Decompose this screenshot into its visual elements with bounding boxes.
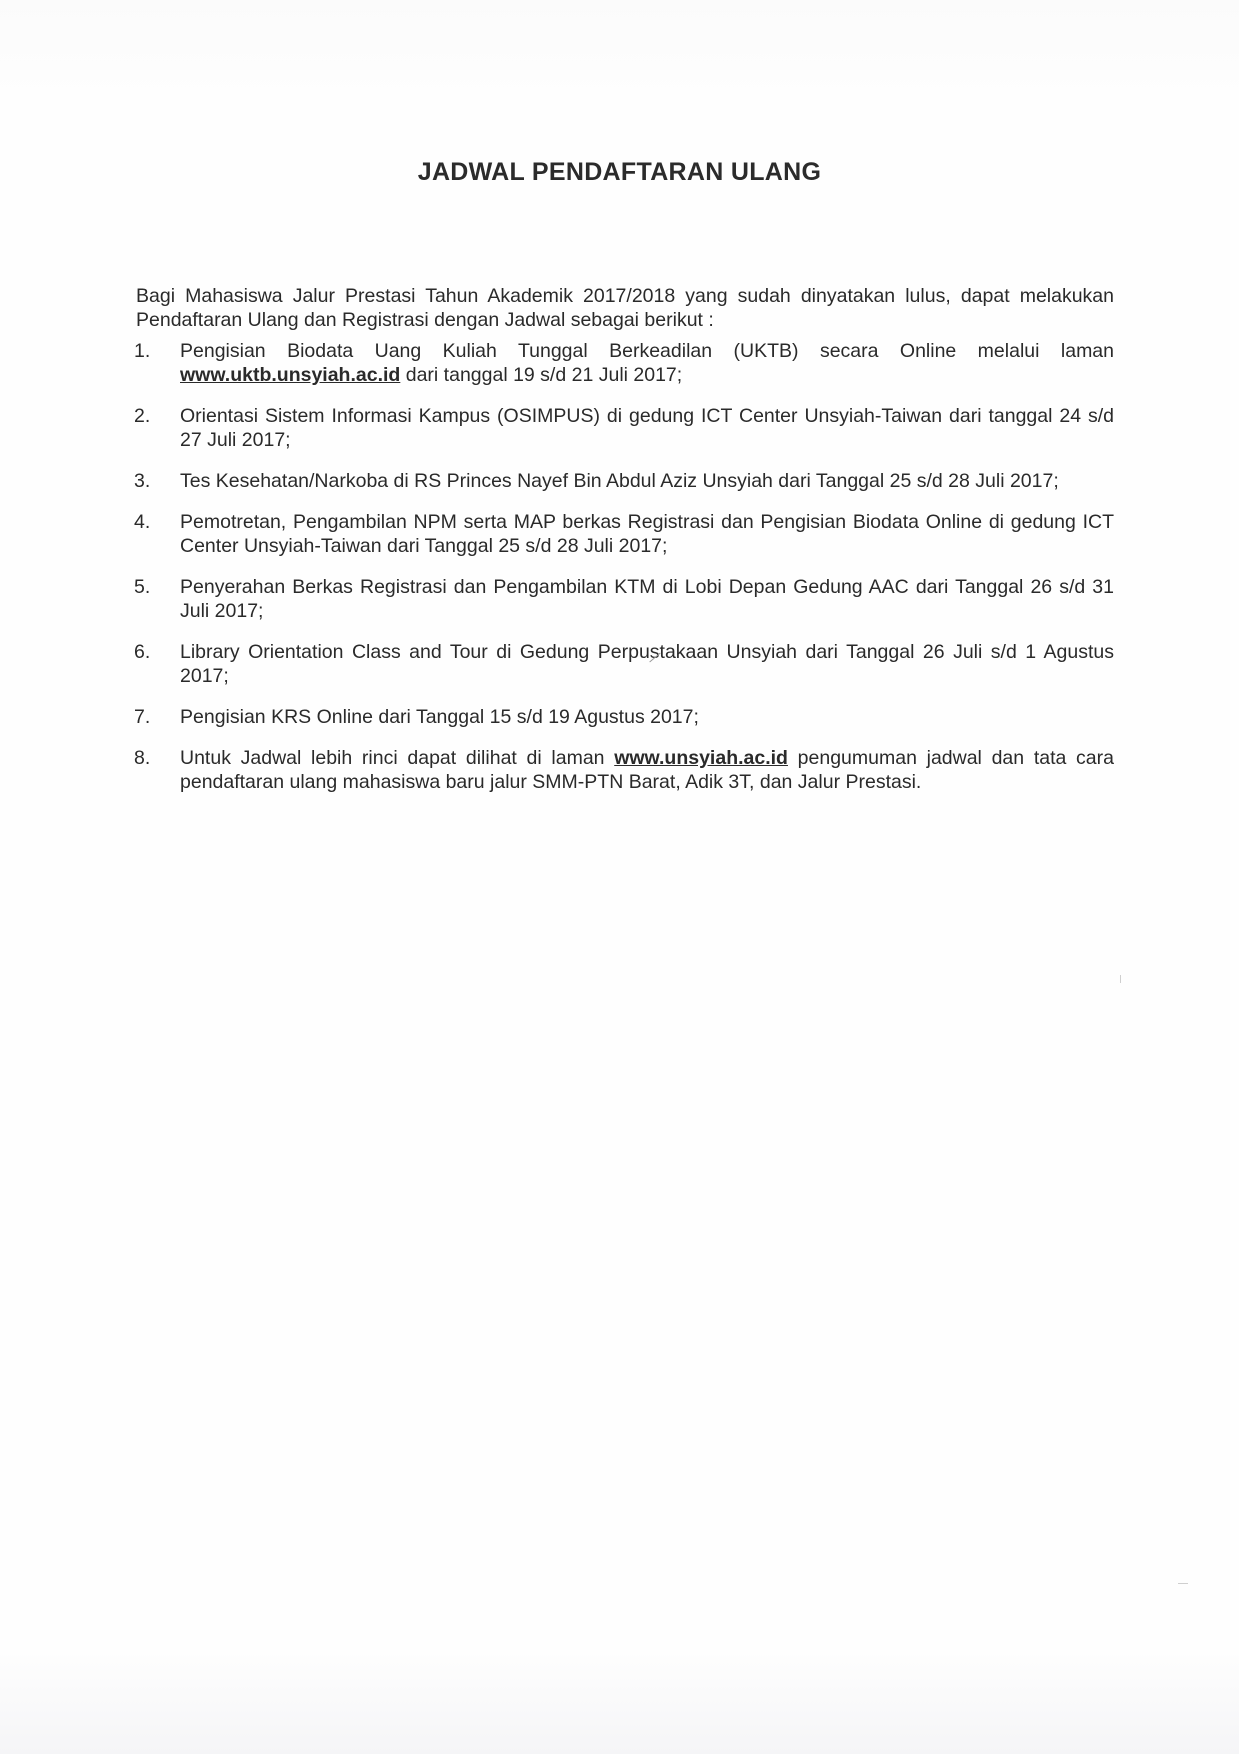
document-title: JADWAL PENDAFTARAN ULANG bbox=[0, 158, 1239, 187]
scan-speck bbox=[1120, 975, 1121, 983]
intro-paragraph: Bagi Mahasiswa Jalur Prestasi Tahun Akad… bbox=[136, 284, 1114, 332]
list-item: 1. Pengisian Biodata Uang Kuliah Tunggal… bbox=[134, 339, 1114, 387]
item-text: Library Orientation Class and Tour di Ge… bbox=[180, 641, 1114, 687]
scan-speck bbox=[1178, 1583, 1188, 1584]
list-item: 3. Tes Kesehatan/Narkoba di RS Princes N… bbox=[134, 469, 1114, 493]
list-item: 8. Untuk Jadwal lebih rinci dapat diliha… bbox=[134, 746, 1114, 794]
list-item: 2. Orientasi Sistem Informasi Kampus (OS… bbox=[134, 404, 1114, 452]
item-text: Pemotretan, Pengambilan NPM serta MAP be… bbox=[180, 511, 1114, 557]
list-item: 7. Pengisian KRS Online dari Tanggal 15 … bbox=[134, 705, 1114, 729]
item-text: Pengisian KRS Online dari Tanggal 15 s/d… bbox=[180, 706, 699, 728]
list-item: 4. Pemotretan, Pengambilan NPM serta MAP… bbox=[134, 510, 1114, 558]
item-text: Untuk Jadwal lebih rinci dapat dilihat d… bbox=[180, 747, 614, 769]
item-number: 7. bbox=[134, 705, 150, 729]
item-number: 2. bbox=[134, 404, 150, 428]
item-text: Pengisian Biodata Uang Kuliah Tunggal Be… bbox=[180, 340, 1114, 362]
item-number: 4. bbox=[134, 510, 150, 534]
list-item: 6. Library Orientation Class and Tour di… bbox=[134, 640, 1114, 688]
item-text: Tes Kesehatan/Narkoba di RS Princes Naye… bbox=[180, 470, 1059, 492]
uktb-link[interactable]: www.uktb.unsyiah.ac.id bbox=[180, 364, 400, 386]
item-number: 6. bbox=[134, 640, 150, 664]
item-text: Orientasi Sistem Informasi Kampus (OSIMP… bbox=[180, 405, 1114, 451]
item-number: 1. bbox=[134, 339, 150, 363]
item-text: dari tanggal 19 s/d 21 Juli 2017; bbox=[400, 364, 682, 386]
schedule-list: 1. Pengisian Biodata Uang Kuliah Tunggal… bbox=[134, 339, 1114, 811]
item-number: 5. bbox=[134, 575, 150, 599]
item-number: 3. bbox=[134, 469, 150, 493]
unsyiah-link[interactable]: www.unsyiah.ac.id bbox=[614, 747, 788, 769]
item-text: Penyerahan Berkas Registrasi dan Pengamb… bbox=[180, 576, 1114, 622]
scanned-page: JADWAL PENDAFTARAN ULANG Bagi Mahasiswa … bbox=[0, 0, 1239, 1754]
list-item: 5. Penyerahan Berkas Registrasi dan Peng… bbox=[134, 575, 1114, 623]
item-number: 8. bbox=[134, 746, 150, 770]
